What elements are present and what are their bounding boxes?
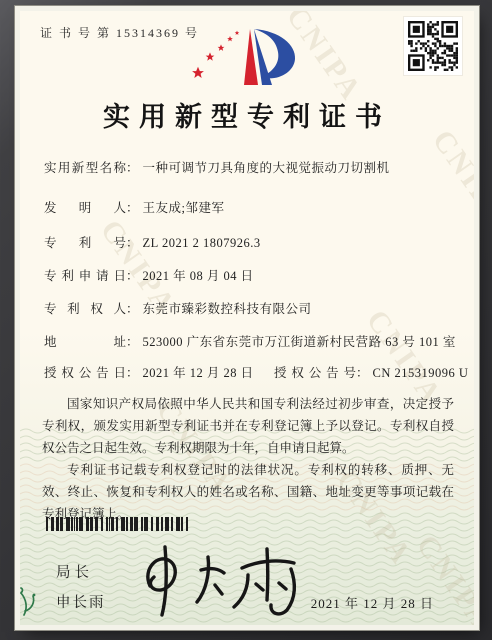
field-label: 发明人: [44, 198, 126, 216]
field-label: 地址: [44, 332, 126, 350]
field-label: 专利号: [44, 233, 126, 251]
field-label: 专利权人: [44, 299, 126, 317]
signer-block: 局长 申长雨: [56, 561, 106, 612]
field-patent-no: 专利号：ZL 2021 2 1807926.3: [44, 233, 456, 251]
certificate-frame: CNIPA CNIPA CNIPA CNIPA CNIPA CNIPA CNIP…: [0, 0, 492, 640]
grant-row: 授权公告日：2021 年 12 月 28 日 授权公告号：CN 21531909…: [44, 363, 456, 381]
field-colon: ：: [126, 158, 139, 176]
signer-name: 申长雨: [56, 591, 106, 612]
grant-no-group: 授权公告号：CN 215319096 U: [274, 363, 468, 381]
legal-paragraph-2: 专利证书记载专利权登记时的法律状况。专利权的转移、质押、无效、终止、恢复和专利权…: [42, 459, 454, 525]
grant-date-value: 2021 年 12 月 28 日: [143, 366, 254, 380]
field-colon: ：: [126, 332, 139, 350]
certificate-number: 证 书 号 第 15314369 号: [40, 24, 199, 41]
field-value: 523000 广东省东莞市万江街道新村民营路 63 号 101 室: [143, 335, 456, 349]
grant-date-label: 授权公告日: [44, 363, 126, 381]
field-label: 专利申请日: [44, 266, 126, 284]
certificate-title: 实用新型专利证书: [20, 95, 474, 134]
field-colon: ：: [126, 299, 139, 317]
qr-code: [404, 17, 462, 75]
field-colon: ：: [126, 266, 139, 284]
field-colon: ：: [126, 233, 139, 251]
field-value: 2021 年 08 月 04 日: [143, 269, 254, 283]
field-value: ZL 2021 2 1807926.3: [143, 236, 261, 250]
field-colon: ：: [126, 198, 139, 216]
field-value: 王友成;邹建军: [143, 201, 225, 215]
field-colon: ：: [356, 363, 369, 381]
legal-text: 国家知识产权局依照中华人民共和国专利法经过初步审查，决定授予专利权，颁发实用新型…: [42, 393, 454, 525]
field-address: 地址：523000 广东省东莞市万江街道新村民营路 63 号 101 室: [44, 332, 456, 350]
field-inventor: 发明人：王友成;邹建军: [44, 198, 456, 216]
sprout-decoration-icon: [20, 587, 41, 617]
field-value: 东莞市臻彩数控科技有限公司: [143, 302, 312, 316]
field-value: 一种可调节刀具角度的大视觉振动刀切割机: [143, 161, 390, 175]
certificate-paper: CNIPA CNIPA CNIPA CNIPA CNIPA CNIPA CNIP…: [20, 11, 474, 625]
barcode: [46, 517, 188, 531]
signature-handwriting: [120, 539, 315, 623]
field-patentee: 专利权人：东莞市臻彩数控科技有限公司: [44, 299, 456, 317]
grant-no-label: 授权公告号: [274, 363, 356, 381]
grant-no-value: CN 215319096 U: [373, 366, 469, 380]
grant-date-group: 授权公告日：2021 年 12 月 28 日: [44, 366, 254, 380]
cnipa-logo-icon: [188, 27, 304, 89]
field-colon: ：: [126, 363, 139, 381]
field-label: 实用新型名称: [44, 158, 126, 176]
field-application-date: 专利申请日：2021 年 08 月 04 日: [44, 266, 456, 284]
field-name: 实用新型名称：一种可调节刀具角度的大视觉振动刀切割机: [44, 158, 456, 176]
issue-date: 2021 年 12 月 28 日: [311, 593, 434, 612]
legal-paragraph-1: 国家知识产权局依照中华人民共和国专利法经过初步审查，决定授予专利权，颁发实用新型…: [42, 393, 454, 459]
signer-title: 局长: [56, 561, 106, 582]
